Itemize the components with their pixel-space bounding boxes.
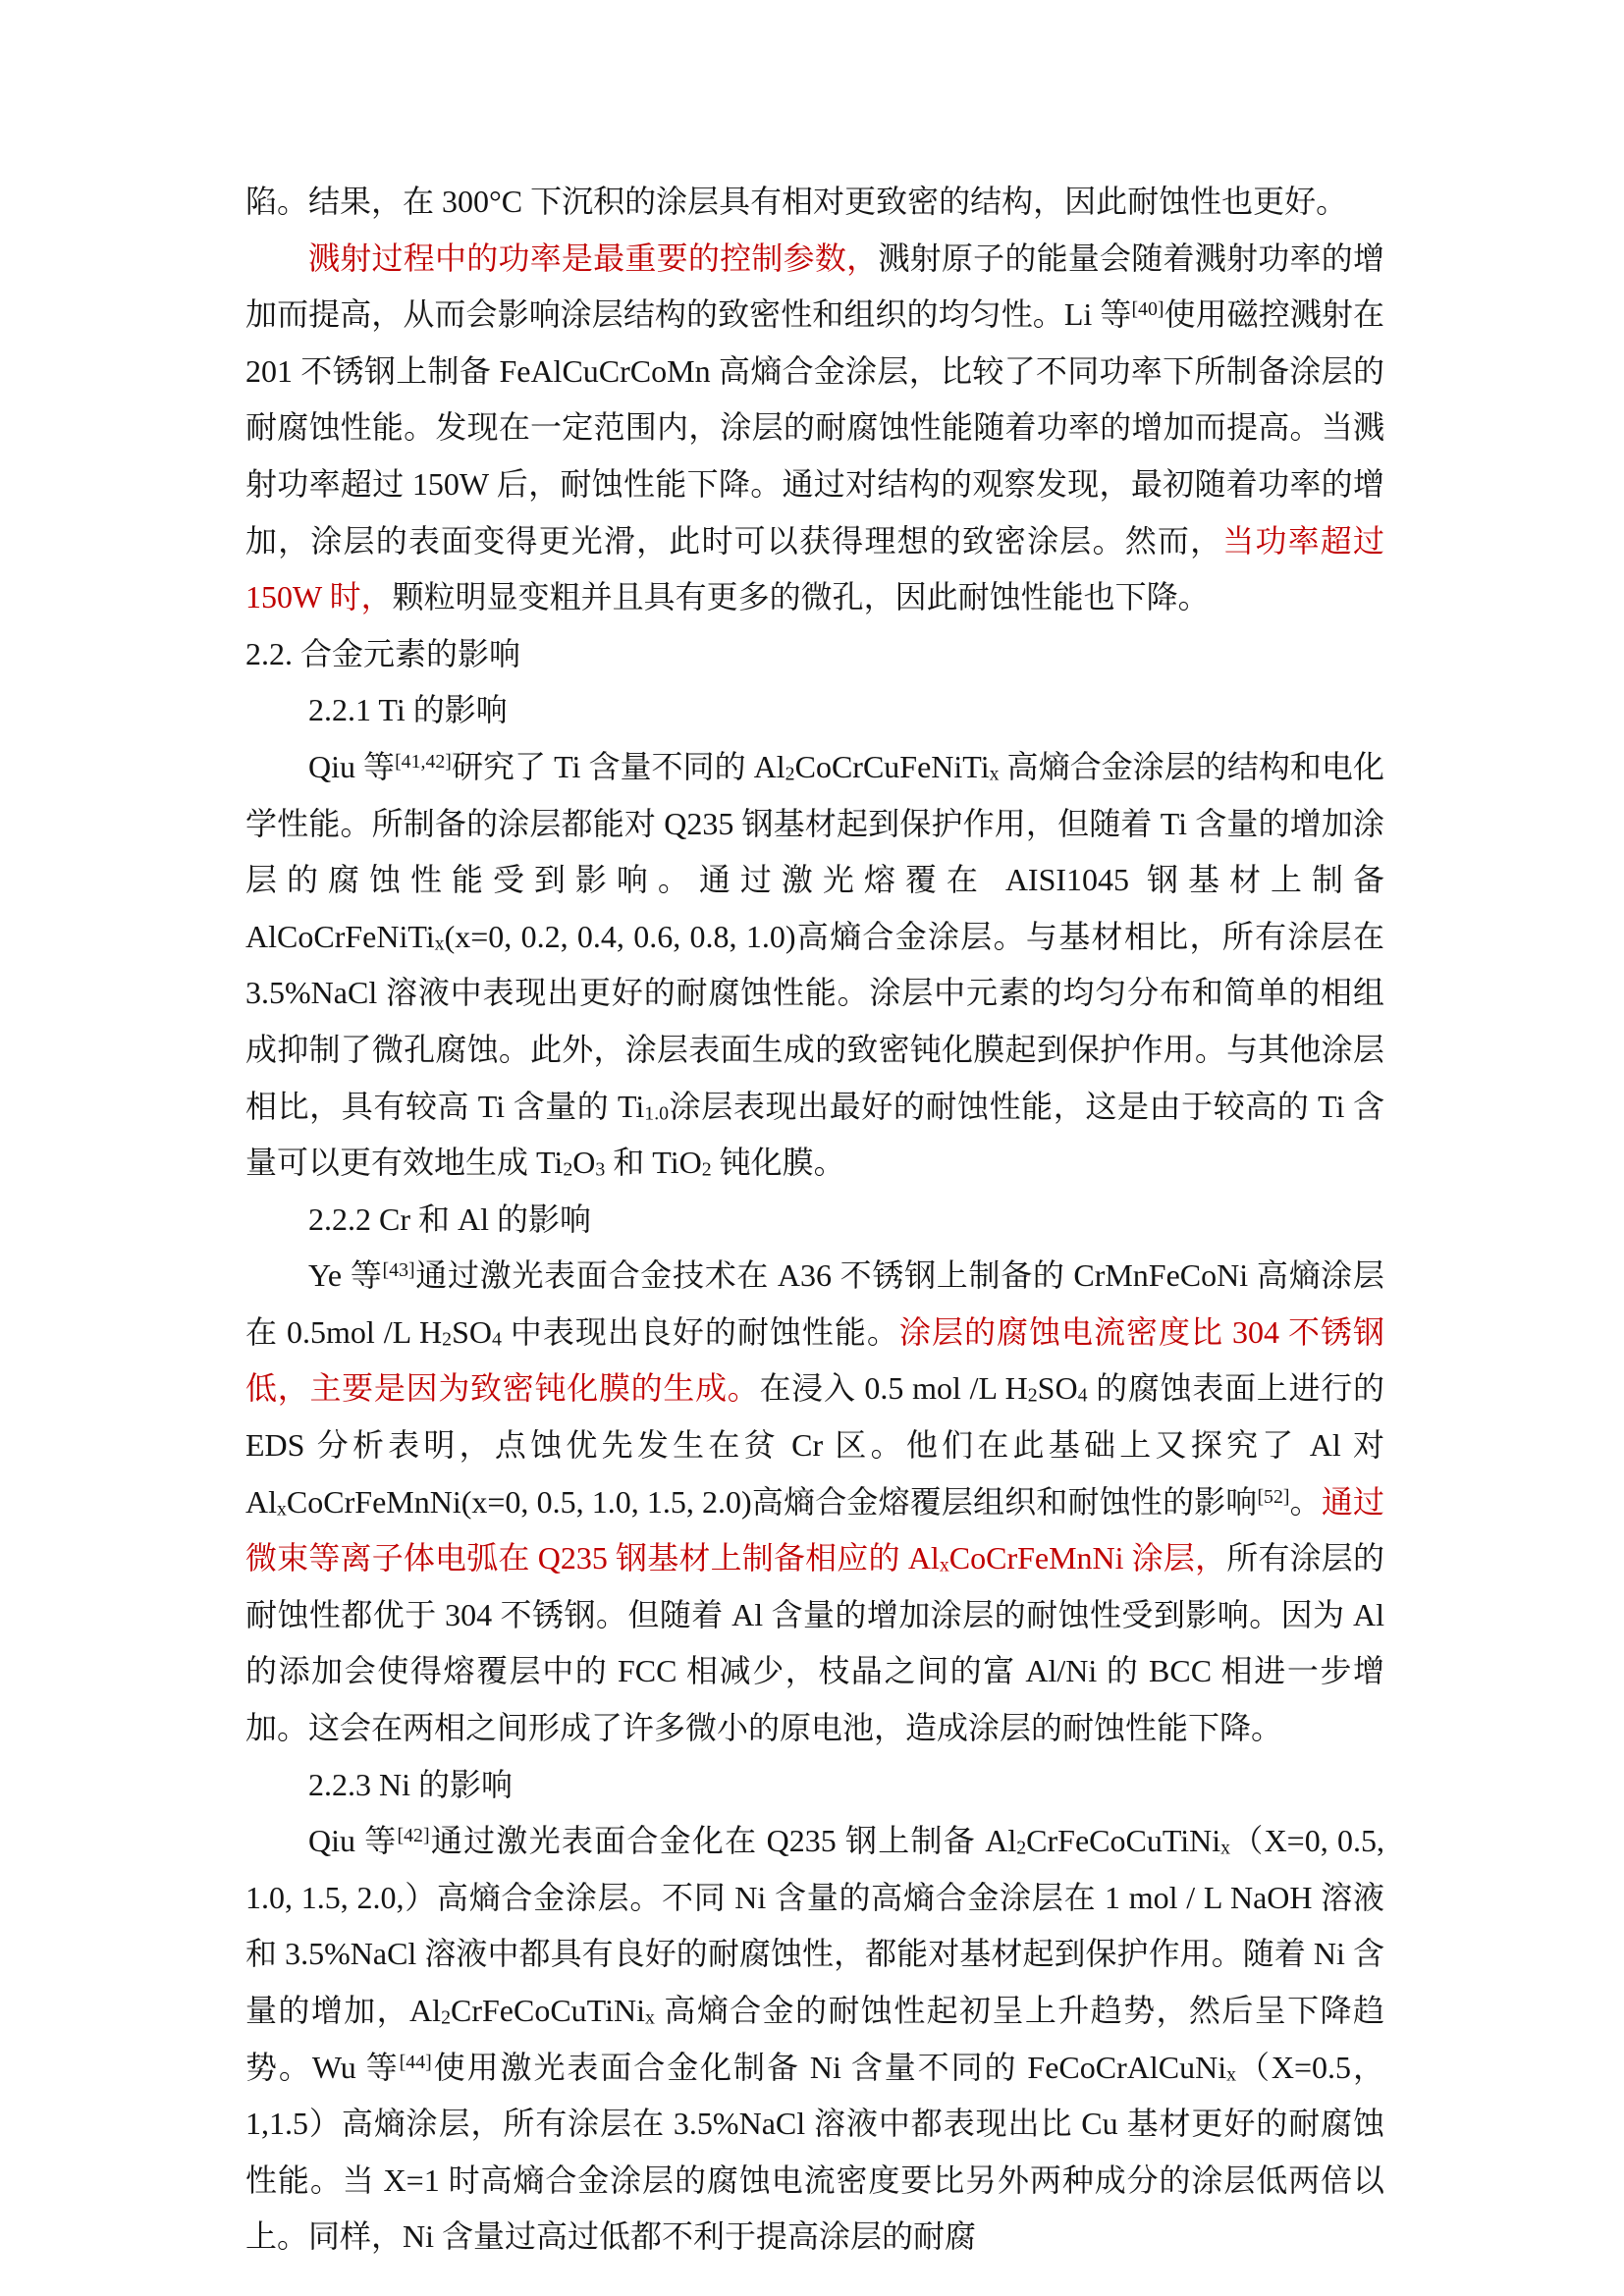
citation-superscript: [41,42] — [395, 751, 452, 773]
citation-superscript: [42] — [398, 1825, 430, 1846]
subsection-heading: 2.2.3 Ni 的影响 — [245, 1757, 1384, 1814]
text-run: 2.2.3 Ni 的影响 — [308, 1767, 513, 1802]
citation-superscript: [52] — [1257, 1486, 1289, 1508]
formula-subscript: x — [435, 933, 445, 954]
formula-subscript: 2 — [1028, 1385, 1038, 1407]
emphasized-text-run: 溅射过程中的功率是最重要的控制参数， — [308, 240, 878, 276]
text-run: Qiu 等 — [308, 749, 395, 784]
formula-subscript: 2 — [785, 763, 795, 784]
subsection-heading: 2.2.2 Cr 和 Al 的影响 — [245, 1192, 1384, 1249]
text-run: 中表现出良好的耐蚀性能。 — [502, 1314, 899, 1350]
text-run: 和 TiO — [605, 1145, 701, 1180]
formula-subscript: 1.0 — [644, 1102, 669, 1124]
citation-superscript: [40] — [1131, 298, 1164, 320]
text-run: 钝化膜。 — [712, 1145, 845, 1180]
document-body: 陷。结果，在 300°C 下沉积的涂层具有相对更致密的结构，因此耐蚀性也更好。溅… — [245, 174, 1384, 2266]
text-run: CoCrFeMnNi(x=0, 0.5, 1.0, 1.5, 2.0)高熵合金熔… — [287, 1484, 1258, 1520]
text-run: 颗粒明显变粗并且具有更多的微孔，因此耐蚀性能也下降。 — [393, 579, 1210, 614]
body-paragraph: Qiu 等[41,42]研究了 Ti 含量不同的 Al2CoCrCuFeNiTi… — [245, 739, 1384, 1192]
text-run: 2.2.2 Cr 和 Al 的影响 — [308, 1201, 591, 1237]
formula-subscript: x — [645, 2006, 655, 2028]
formula-subscript: 2 — [563, 1158, 572, 1180]
text-run: 通过激光表面合金化在 Q235 钢上制备 Al — [430, 1823, 1017, 1858]
document-page: 陷。结果，在 300°C 下沉积的涂层具有相对更致密的结构，因此耐蚀性也更好。溅… — [0, 0, 1624, 2296]
text-run: Qiu 等 — [308, 1823, 398, 1858]
formula-subscript: x — [277, 1498, 287, 1520]
body-paragraph: Qiu 等[42]通过激光表面合金化在 Q235 钢上制备 Al2CrFeCoC… — [245, 1813, 1384, 2266]
text-run: CrFeCoCuTiNi — [451, 1993, 645, 2028]
body-paragraph: 陷。结果，在 300°C 下沉积的涂层具有相对更致密的结构，因此耐蚀性也更好。 — [245, 174, 1384, 231]
text-run: 在浸入 0.5 mol /L H — [760, 1370, 1028, 1406]
text-run: SO — [452, 1314, 492, 1350]
body-paragraph: 溅射过程中的功率是最重要的控制参数，溅射原子的能量会随着溅射功率的增加而提高，从… — [245, 231, 1384, 626]
text-run: 。 — [1289, 1484, 1321, 1520]
text-run: SO — [1038, 1370, 1078, 1406]
emphasized-text-run: CoCrFeMnNi 涂层， — [949, 1540, 1227, 1575]
formula-subscript: 3 — [595, 1158, 605, 1180]
text-run: 研究了 Ti 含量不同的 Al — [452, 749, 785, 784]
text-run: O — [572, 1145, 595, 1180]
body-paragraph: Ye 等[43]通过激光表面合金技术在 A36 不锈钢上制备的 CrMnFeCo… — [245, 1248, 1384, 1756]
formula-subscript: x — [1226, 2063, 1236, 2085]
text-run: CrFeCoCuTiNi — [1026, 1823, 1220, 1858]
formula-subscript: x — [940, 1555, 949, 1576]
section-heading: 2.2. 合金元素的影响 — [245, 626, 1384, 683]
text-run: 2.2.1 Ti 的影响 — [308, 692, 508, 727]
formula-subscript: 4 — [1078, 1385, 1088, 1407]
formula-subscript: 2 — [702, 1158, 712, 1180]
citation-superscript: [44] — [400, 2052, 432, 2073]
formula-subscript: 2 — [1016, 1838, 1026, 1859]
formula-subscript: x — [990, 763, 1000, 784]
formula-subscript: 2 — [441, 2006, 451, 2028]
formula-subscript: 4 — [492, 1328, 502, 1350]
text-run: 陷。结果，在 300°C 下沉积的涂层具有相对更致密的结构，因此耐蚀性也更好。 — [245, 184, 1347, 219]
formula-subscript: 2 — [442, 1328, 452, 1350]
text-run: 使用磁控溅射在 201 不锈钢上制备 FeAlCuCrCoMn 高熵合金涂层，比… — [245, 296, 1384, 558]
citation-superscript: [43] — [383, 1259, 415, 1281]
text-run: 使用激光表面合金化制备 Ni 含量不同的 FeCoCrAlCuNi — [432, 2050, 1226, 2085]
subsection-heading: 2.2.1 Ti 的影响 — [245, 682, 1384, 739]
formula-subscript: x — [1220, 1838, 1230, 1859]
text-run: 2.2. 合金元素的影响 — [245, 636, 520, 671]
text-run: CoCrCuFeNiTi — [795, 749, 990, 784]
text-run: Ye 等 — [308, 1257, 383, 1293]
